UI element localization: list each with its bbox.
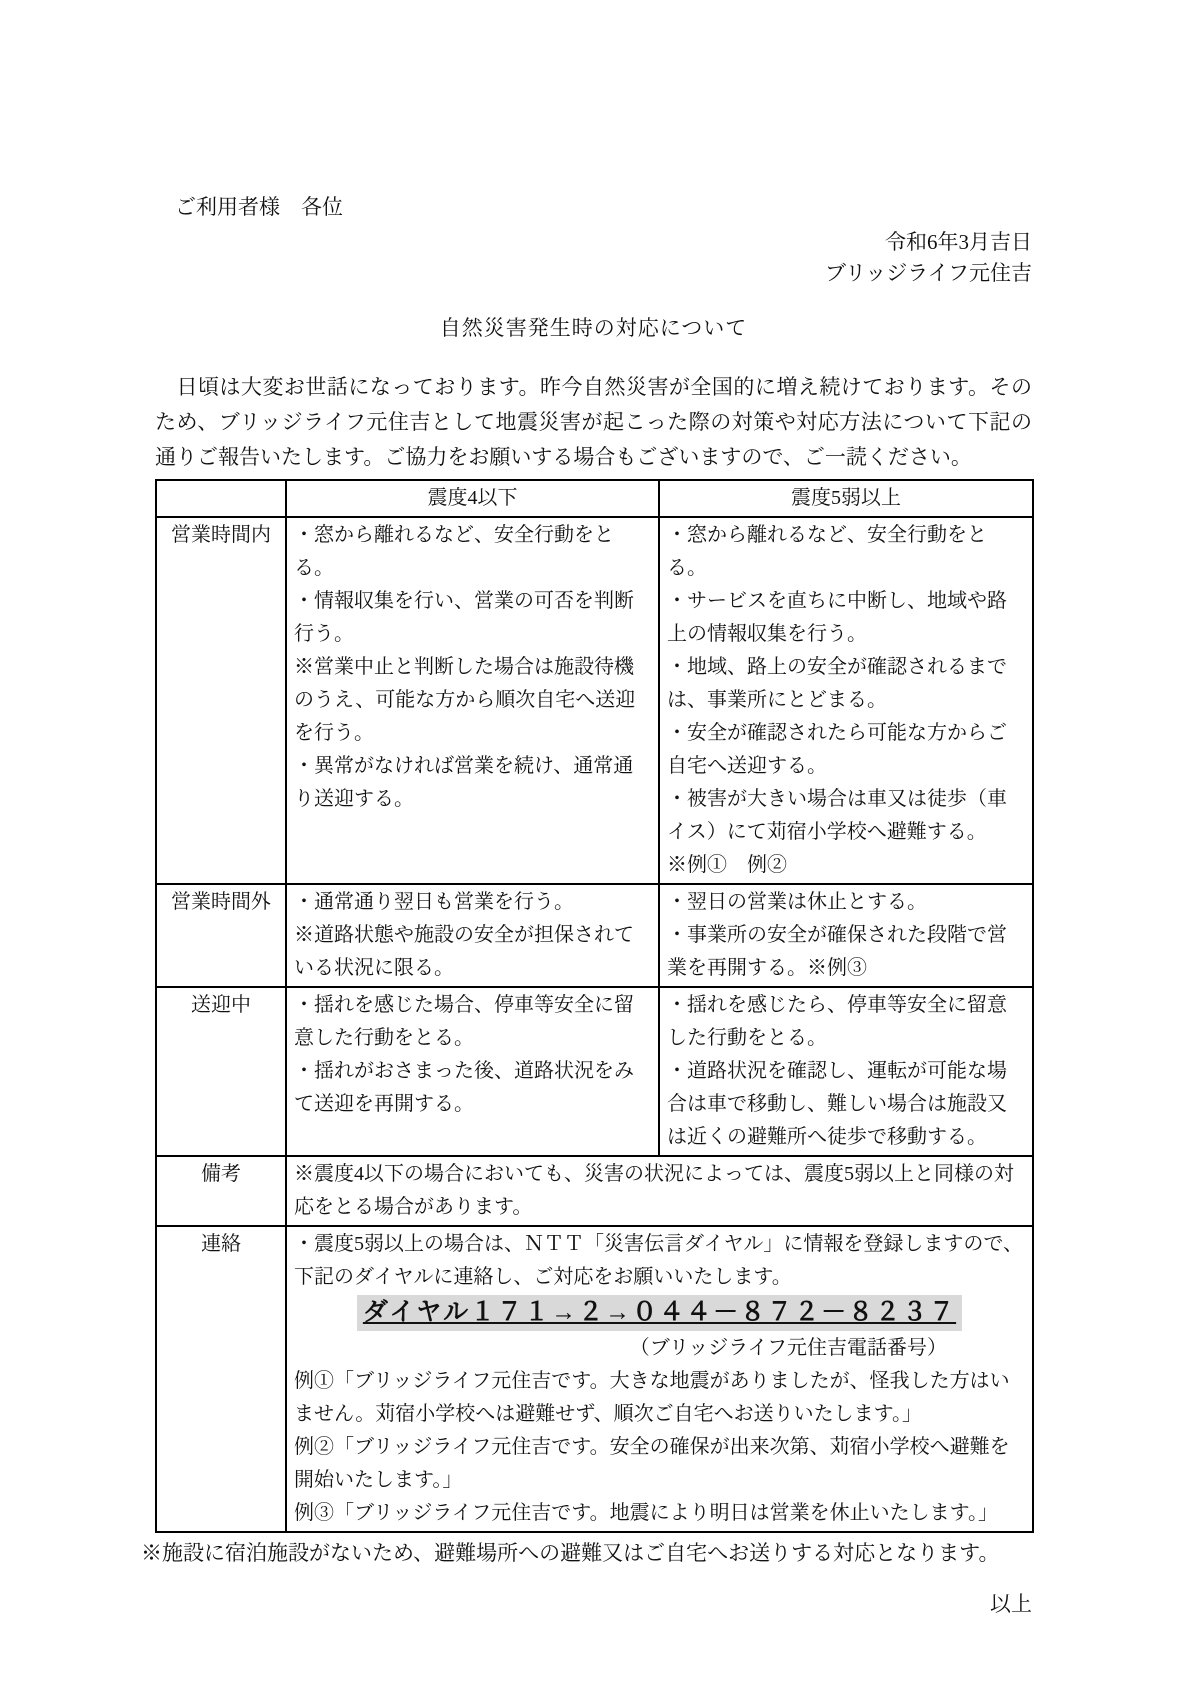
col-header-shindo5: 震度5弱以上 (659, 480, 1033, 517)
cell-line: ※道路状態や施設の安全が担保されている状況に限る。 (294, 919, 651, 985)
document-page: ご利用者様 各位 令和6年3月吉日 ブリッジライフ元住吉 自然災害発生時の対応に… (0, 0, 1190, 1683)
cell-line: ・地域、路上の安全が確認されるまでは、事業所にとどまる。 (667, 651, 1025, 717)
row-label-business-hours: 営業時間内 (156, 517, 286, 884)
cell-line: ・窓から離れるなど、安全行動をとる。 (294, 519, 651, 585)
example-2: 例②「ブリッジライフ元住吉です。安全の確保が出来次第、苅宿小学校へ避難を開始いた… (294, 1431, 1025, 1497)
cell-line: ・サービスを直ちに中断し、地域や路上の情報収集を行う。 (667, 585, 1025, 651)
col-header-shindo4: 震度4以下 (286, 480, 659, 517)
table-row-business-hours: 営業時間内 ・窓から離れるなど、安全行動をとる。 ・情報収集を行い、営業の可否を… (156, 517, 1033, 884)
row-label-after-hours: 営業時間外 (156, 884, 286, 987)
cell-line: ・揺れを感じた場合、停車等安全に留意した行動をとる。 (294, 989, 651, 1055)
table-corner-cell (156, 480, 286, 517)
remarks-cell: ※震度4以下の場合においても、災害の状況によっては、震度5弱以上と同様の対応をと… (286, 1156, 1033, 1226)
table-row-transport: 送迎中 ・揺れを感じた場合、停車等安全に留意した行動をとる。 ・揺れがおさまった… (156, 987, 1033, 1156)
cell-line: ・被害が大きい場合は車又は徒歩（車イス）にて苅宿小学校へ避難する。 (667, 783, 1025, 849)
row-label-transport: 送迎中 (156, 987, 286, 1156)
business-hours-shindo5-cell: ・窓から離れるなど、安全行動をとる。 ・サービスを直ちに中断し、地域や路上の情報… (659, 517, 1033, 884)
example-3: 例③「ブリッジライフ元住吉です。地震により明日は営業を休止いたします。」 (294, 1497, 1025, 1530)
dial-caption: （ブリッジライフ元住吉電話番号） (294, 1332, 1025, 1365)
remarks-text: ※震度4以下の場合においても、災害の状況によっては、震度5弱以上と同様の対応をと… (294, 1158, 1025, 1224)
cell-line: ・翌日の営業は休止とする。 (667, 886, 1025, 919)
sender-line: ブリッジライフ元住吉 (155, 258, 1032, 289)
business-hours-shindo4-cell: ・窓から離れるなど、安全行動をとる。 ・情報収集を行い、営業の可否を判断行う。 … (286, 517, 659, 884)
dial-number: ダイヤル１７１→２→０４４－８７２－８２３７ (357, 1295, 962, 1331)
cell-line: ・事業所の安全が確保された段階で営業を再開する。※例③ (667, 919, 1025, 985)
closing-text: 以上 (155, 1587, 1032, 1622)
contact-cell: ・震度5弱以上の場合は、ＮＴＴ「災害伝言ダイヤル」に情報を登録しますので、下記の… (286, 1226, 1033, 1532)
dial-line: ダイヤル１７１→２→０４４－８７２－８２３７ (294, 1295, 1025, 1331)
cell-line: ・安全が確認されたら可能な方からご自宅へ送迎する。 (667, 717, 1025, 783)
cell-line: ・窓から離れるなど、安全行動をとる。 (667, 519, 1025, 585)
cell-line: ※例① 例② (667, 849, 1025, 882)
cell-line: ・揺れを感じたら、停車等安全に留意した行動をとる。 (667, 989, 1025, 1055)
example-1: 例①「ブリッジライフ元住吉です。大きな地震がありましたが、怪我した方はいません。… (294, 1365, 1025, 1431)
intro-paragraph: 日頃は大変お世話になっております。昨今自然災害が全国的に増え続けております。その… (155, 370, 1032, 475)
table-row-after-hours: 営業時間外 ・通常通り翌日も営業を行う。 ※道路状態や施設の安全が担保されている… (156, 884, 1033, 987)
cell-line: ・揺れがおさまった後、道路状況をみて送迎を再開する。 (294, 1055, 651, 1121)
table-row-contact: 連絡 ・震度5弱以上の場合は、ＮＴＴ「災害伝言ダイヤル」に情報を登録しますので、… (156, 1226, 1033, 1532)
transport-shindo4-cell: ・揺れを感じた場合、停車等安全に留意した行動をとる。 ・揺れがおさまった後、道路… (286, 987, 659, 1156)
table-row-remarks: 備考 ※震度4以下の場合においても、災害の状況によっては、震度5弱以上と同様の対… (156, 1156, 1033, 1226)
row-label-contact: 連絡 (156, 1226, 286, 1532)
transport-shindo5-cell: ・揺れを感じたら、停車等安全に留意した行動をとる。 ・道路状況を確認し、運転が可… (659, 987, 1033, 1156)
after-hours-shindo5-cell: ・翌日の営業は休止とする。 ・事業所の安全が確保された段階で営業を再開する。※例… (659, 884, 1033, 987)
response-table: 震度4以下 震度5弱以上 営業時間内 ・窓から離れるなど、安全行動をとる。 ・情… (155, 479, 1034, 1533)
cell-line: ・情報収集を行い、営業の可否を判断行う。 (294, 585, 651, 651)
footnote: ※施設に宿泊施設がないため、避難場所への避難又はご自宅へお送りする対応となります… (141, 1536, 1032, 1571)
doc-title: 自然災害発生時の対応について (155, 311, 1032, 346)
cell-line: ※営業中止と判断した場合は施設待機のうえ、可能な方から順次自宅へ送迎を行う。 (294, 651, 651, 750)
cell-line: ・通常通り翌日も営業を行う。 (294, 886, 651, 919)
cell-line: ・異常がなければ営業を続け、通常通り送迎する。 (294, 750, 651, 816)
date-block: 令和6年3月吉日 ブリッジライフ元住吉 (155, 227, 1032, 289)
recipient-line: ご利用者様 各位 (155, 190, 1032, 225)
table-header-row: 震度4以下 震度5弱以上 (156, 480, 1033, 517)
contact-intro: ・震度5弱以上の場合は、ＮＴＴ「災害伝言ダイヤル」に情報を登録しますので、下記の… (294, 1228, 1025, 1294)
cell-line: ・道路状況を確認し、運転が可能な場合は車で移動し、難しい場合は施設又は近くの避難… (667, 1055, 1025, 1154)
row-label-remarks: 備考 (156, 1156, 286, 1226)
date-line: 令和6年3月吉日 (155, 227, 1032, 258)
document-body: ご利用者様 各位 令和6年3月吉日 ブリッジライフ元住吉 自然災害発生時の対応に… (155, 190, 1032, 1622)
after-hours-shindo4-cell: ・通常通り翌日も営業を行う。 ※道路状態や施設の安全が担保されている状況に限る。 (286, 884, 659, 987)
